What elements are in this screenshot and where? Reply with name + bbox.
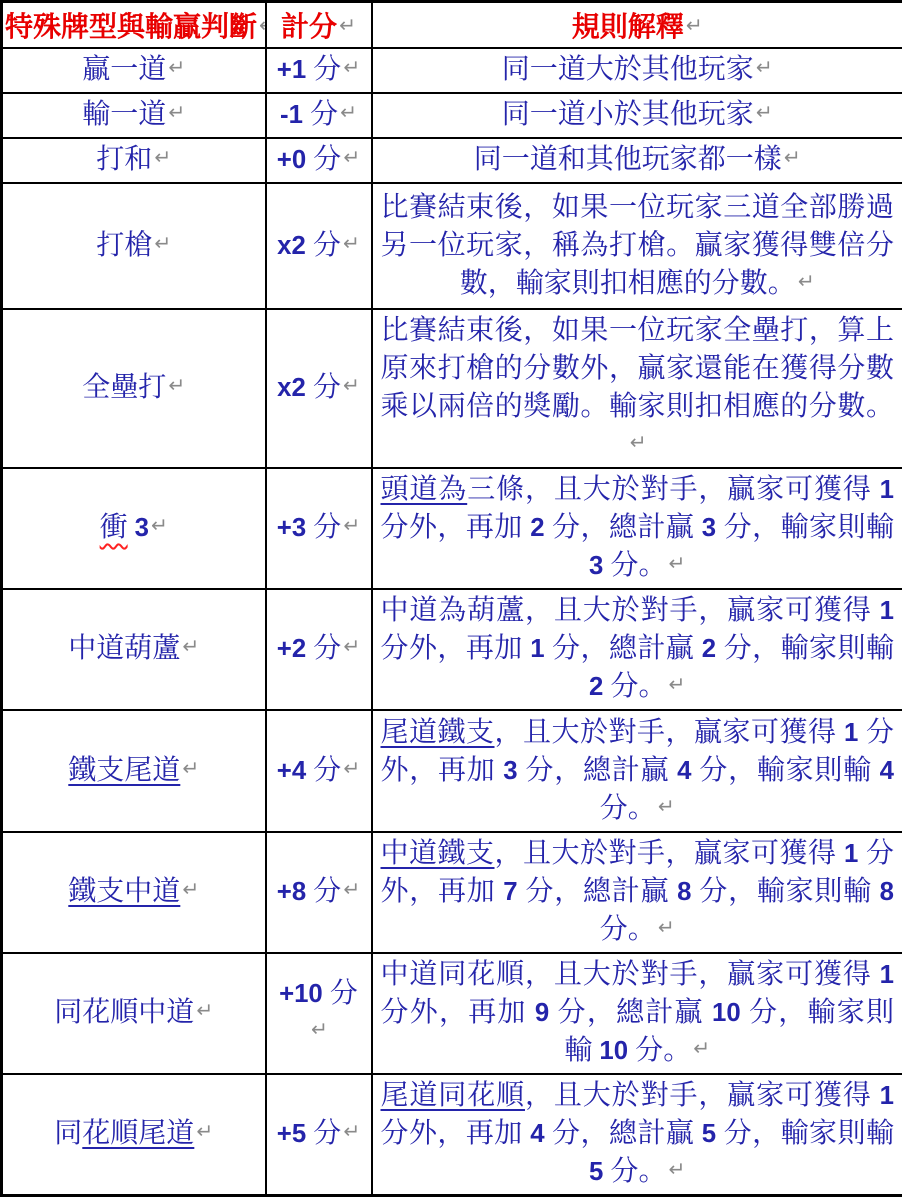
end-of-cell-mark: ↵	[343, 870, 360, 908]
table-row: 贏一道↵ +1 分↵ 同一道大於其他玩家↵	[2, 48, 902, 93]
end-of-cell-mark: ↵	[343, 224, 360, 262]
rule-cell[interactable]: 尾道同花順，且大於對手，贏家可獲得 1 分外，再加 4 分，總計贏 5 分，輸家…	[372, 1074, 902, 1196]
text-segment: 打和	[96, 144, 152, 175]
table-row: 輸一道↵ -1 分↵ 同一道小於其他玩家↵	[2, 93, 902, 138]
number-text: 5	[589, 1158, 610, 1186]
end-of-cell-mark: ↵	[151, 506, 168, 544]
number-text: +8	[277, 878, 314, 906]
number-text: +10	[279, 980, 330, 1008]
rule-cell[interactable]: 比賽結束後，如果一位玩家全壘打，算上原來打槍的分數外，贏家還能在獲得分數乘以兩倍…	[372, 309, 902, 468]
rule-cell[interactable]: 比賽結束後，如果一位玩家三道全部勝過另一位玩家，稱為打槍。贏家獲得雙倍分數，輸家…	[372, 183, 902, 309]
text-segment: x2 分	[277, 230, 341, 261]
number-text: 10	[712, 999, 749, 1027]
rule-cell[interactable]: 同一道和其他玩家都一樣↵	[372, 138, 902, 183]
table-header: 特殊牌型與輸贏判斷↵ 計分↵ 規則解釋↵	[2, 2, 902, 49]
score-cell[interactable]: +0 分↵	[266, 138, 372, 183]
end-of-cell-mark: ↵	[343, 627, 360, 665]
text-segment: +3 分	[277, 512, 342, 543]
underlined-text: 頭道為	[381, 474, 468, 505]
misspelled-text: 衝	[100, 512, 128, 543]
text-segment: 比賽結束後，如果一位玩家三道全部勝過另一位玩家，稱為打槍。贏家獲得雙倍分數，輸家…	[381, 192, 895, 299]
rule-cell[interactable]: 同一道大於其他玩家↵	[372, 48, 902, 93]
text-segment: +4 分	[277, 755, 342, 786]
number-text: 1	[530, 635, 552, 663]
text-segment: 計分	[281, 12, 337, 43]
hand-type-cell[interactable]: 鐵支中道↵	[2, 832, 266, 953]
end-of-cell-mark: ↵	[339, 13, 356, 37]
end-of-cell-mark: ↵	[658, 908, 675, 946]
end-of-cell-mark: ↵	[343, 48, 360, 86]
number-text: x2	[277, 232, 313, 260]
table-row: 全壘打↵ x2 分↵ 比賽結束後，如果一位玩家全壘打，算上原來打槍的分數外，贏家…	[2, 309, 902, 468]
end-of-cell-mark: ↵	[343, 1112, 360, 1150]
hand-type-cell[interactable]: 鐵支尾道↵	[2, 710, 266, 832]
score-cell[interactable]: +10 分↵	[266, 953, 372, 1074]
text-segment: +1 分	[277, 54, 342, 85]
text-segment: +8 分	[277, 876, 342, 907]
text-segment: 同一道大於其他玩家	[502, 54, 754, 85]
hand-type-cell[interactable]: 同花順尾道↵	[2, 1074, 266, 1196]
text-segment: 中道同花順，且大於對手，贏家可獲得 1 分外，再加 9 分，總計贏 10 分，輸…	[381, 959, 895, 1066]
text-segment: 全壘打	[82, 372, 166, 403]
header-row: 特殊牌型與輸贏判斷↵ 計分↵ 規則解釋↵	[2, 2, 902, 49]
hand-type-cell[interactable]: 打和↵	[2, 138, 266, 183]
score-cell[interactable]: x2 分↵	[266, 309, 372, 468]
rule-cell[interactable]: 同一道小於其他玩家↵	[372, 93, 902, 138]
end-of-cell-mark: ↵	[669, 665, 686, 703]
number-text: +0	[277, 146, 314, 174]
end-of-cell-mark: ↵	[340, 93, 357, 131]
table-row: 鐵支尾道↵ +4 分↵ 尾道鐵支，且大於對手，贏家可獲得 1 分外，再加 3 分…	[2, 710, 902, 832]
text-segment: 中道為葫蘆，且大於對手，贏家可獲得 1 分外，再加 1 分，總計贏 2 分，輸家…	[381, 595, 895, 702]
score-cell[interactable]: +5 分↵	[266, 1074, 372, 1196]
number-text: 3	[589, 552, 610, 580]
number-text: +5	[277, 1120, 314, 1148]
scoring-table: 特殊牌型與輸贏判斷↵ 計分↵ 規則解釋↵ 贏一道↵ +1 分↵ 同一道大於其他玩…	[0, 0, 902, 1197]
rule-cell[interactable]: 中道鐵支，且大於對手，贏家可獲得 1 分外，再加 7 分，總計贏 8 分，輸家則…	[372, 832, 902, 953]
number-text: -1	[280, 101, 310, 129]
text-segment: 同	[54, 1118, 82, 1149]
score-cell[interactable]: -1 分↵	[266, 93, 372, 138]
number-text: 4	[880, 757, 894, 785]
number-text: 1	[880, 1082, 894, 1110]
end-of-cell-mark: ↵	[168, 366, 185, 404]
rule-cell[interactable]: 尾道鐵支，且大於對手，贏家可獲得 1 分外，再加 3 分，總計贏 4 分，輸家則…	[372, 710, 902, 832]
number-text: x2	[277, 374, 313, 402]
score-cell[interactable]: x2 分↵	[266, 183, 372, 309]
text-segment: -1 分	[280, 99, 338, 130]
end-of-cell-mark: ↵	[343, 749, 360, 787]
end-of-cell-mark: ↵	[311, 1010, 328, 1048]
number-text: 2	[589, 673, 610, 701]
number-text: 3	[503, 757, 525, 785]
header-hand-type[interactable]: 特殊牌型與輸贏判斷↵	[2, 2, 266, 49]
table-body: 贏一道↵ +1 分↵ 同一道大於其他玩家↵ 輸一道↵ -1 分↵ 同一道小於其他…	[2, 48, 902, 1196]
number-text: 1	[844, 719, 866, 747]
end-of-cell-mark: ↵	[669, 1150, 686, 1188]
hand-type-cell[interactable]: 贏一道↵	[2, 48, 266, 93]
number-text: +3	[277, 514, 314, 542]
text-segment: 贏一道	[82, 54, 166, 85]
hand-type-cell[interactable]: 中道葫蘆↵	[2, 589, 266, 710]
score-cell[interactable]: +3 分↵	[266, 468, 372, 589]
end-of-cell-mark: ↵	[669, 544, 686, 582]
number-text: 7	[503, 878, 525, 906]
text-segment: +10 分	[279, 978, 358, 1009]
number-text: 9	[535, 999, 558, 1027]
number-text: 10	[599, 1037, 635, 1065]
number-text: +2	[277, 635, 314, 663]
number-text: 1	[880, 597, 894, 625]
hand-type-cell[interactable]: 全壘打↵	[2, 309, 266, 468]
end-of-cell-mark: ↵	[686, 13, 703, 37]
end-of-cell-mark: ↵	[343, 506, 360, 544]
score-cell[interactable]: +1 分↵	[266, 48, 372, 93]
number-text: 1	[844, 840, 866, 868]
table-row: 同花順中道↵ +10 分↵ 中道同花順，且大於對手，贏家可獲得 1 分外，再加 …	[2, 953, 902, 1074]
text-segment: 同花順中道	[54, 997, 194, 1028]
end-of-cell-mark: ↵	[168, 48, 185, 86]
number-text: +1	[277, 56, 314, 84]
number-text: +4	[277, 757, 314, 785]
text-segment: 3	[128, 512, 149, 543]
score-cell[interactable]: +2 分↵	[266, 589, 372, 710]
text-segment: 輸一道	[82, 99, 166, 130]
end-of-cell-mark: ↵	[182, 870, 199, 908]
end-of-cell-mark: ↵	[756, 48, 773, 86]
text-segment: 中道葫蘆	[68, 633, 180, 664]
hand-type-cell[interactable]: 衝 3↵	[2, 468, 266, 589]
number-text: 4	[677, 757, 699, 785]
text-segment: +0 分	[277, 144, 342, 175]
text-segment: 同一道和其他玩家都一樣	[474, 144, 782, 175]
end-of-cell-mark: ↵	[784, 138, 801, 176]
header-score[interactable]: 計分↵	[266, 2, 372, 49]
end-of-cell-mark: ↵	[756, 93, 773, 131]
end-of-cell-mark: ↵	[196, 991, 213, 1029]
underlined-text: 鐵支尾道	[68, 755, 180, 786]
number-text: 8	[880, 878, 894, 906]
score-cell[interactable]: +4 分↵	[266, 710, 372, 832]
text-segment: 打槍	[96, 230, 152, 261]
table-row: 衝 3↵ +3 分↵ 頭道為三條，且大於對手，贏家可獲得 1 分外，再加 2 分…	[2, 468, 902, 589]
text-segment: +5 分	[277, 1118, 342, 1149]
end-of-cell-mark: ↵	[168, 93, 185, 131]
number-text: 5	[702, 1120, 724, 1148]
header-rule-explanation[interactable]: 規則解釋↵	[372, 2, 902, 49]
end-of-cell-mark: ↵	[693, 1029, 710, 1067]
text-segment: 同一道小於其他玩家	[502, 99, 754, 130]
end-of-cell-mark: ↵	[343, 138, 360, 176]
number-text: 1	[880, 476, 894, 504]
text-segment: 特殊牌型與輸贏判斷	[5, 12, 257, 43]
score-cell[interactable]: +8 分↵	[266, 832, 372, 953]
end-of-cell-mark: ↵	[182, 627, 199, 665]
underlined-text: 中道鐵支	[381, 838, 495, 869]
end-of-cell-mark: ↵	[196, 1112, 213, 1150]
text-segment: x2 分	[277, 372, 341, 403]
hand-type-cell[interactable]: 輸一道↵	[2, 93, 266, 138]
table-row: 同花順尾道↵ +5 分↵ 尾道同花順，且大於對手，贏家可獲得 1 分外，再加 4…	[2, 1074, 902, 1196]
table-row: 鐵支中道↵ +8 分↵ 中道鐵支，且大於對手，贏家可獲得 1 分外，再加 7 分…	[2, 832, 902, 953]
number-text: 2	[530, 514, 552, 542]
end-of-cell-mark: ↵	[154, 224, 171, 262]
number-text: 2	[702, 635, 724, 663]
end-of-cell-mark: ↵	[182, 749, 199, 787]
text-segment: 比賽結束後，如果一位玩家全壘打，算上原來打槍的分數外，贏家還能在獲得分數乘以兩倍…	[381, 315, 895, 422]
rule-cell[interactable]: 中道為葫蘆，且大於對手，贏家可獲得 1 分外，再加 1 分，總計贏 2 分，輸家…	[372, 589, 902, 710]
text-segment: +2 分	[277, 633, 342, 664]
rule-cell[interactable]: 中道同花順，且大於對手，贏家可獲得 1 分外，再加 9 分，總計贏 10 分，輸…	[372, 953, 902, 1074]
end-of-cell-mark: ↵	[630, 423, 647, 461]
end-of-cell-mark: ↵	[343, 366, 360, 404]
table-row: 中道葫蘆↵ +2 分↵ 中道為葫蘆，且大於對手，贏家可獲得 1 分外，再加 1 …	[2, 589, 902, 710]
table-row: 打槍↵ x2 分↵ 比賽結束後，如果一位玩家三道全部勝過另一位玩家，稱為打槍。贏…	[2, 183, 902, 309]
end-of-cell-mark: ↵	[658, 787, 675, 825]
end-of-cell-mark: ↵	[798, 262, 815, 300]
underlined-text: 鐵支中道	[68, 876, 180, 907]
number-text: 4	[530, 1120, 552, 1148]
text-segment: 規則解釋	[572, 12, 684, 43]
end-of-cell-mark: ↵	[154, 138, 171, 176]
underlined-text: 尾道鐵支	[381, 717, 495, 748]
number-text: 8	[677, 878, 699, 906]
number-text: 3	[702, 514, 724, 542]
number-text: 3	[135, 514, 149, 542]
hand-type-cell[interactable]: 同花順中道↵	[2, 953, 266, 1074]
rule-cell[interactable]: 頭道為三條，且大於對手，贏家可獲得 1 分外，再加 2 分，總計贏 3 分，輸家…	[372, 468, 902, 589]
table-row: 打和↵ +0 分↵ 同一道和其他玩家都一樣↵	[2, 138, 902, 183]
underlined-text: 花順尾道	[82, 1118, 194, 1149]
number-text: 1	[880, 961, 894, 989]
hand-type-cell[interactable]: 打槍↵	[2, 183, 266, 309]
underlined-text: 尾道同花順	[381, 1080, 525, 1111]
